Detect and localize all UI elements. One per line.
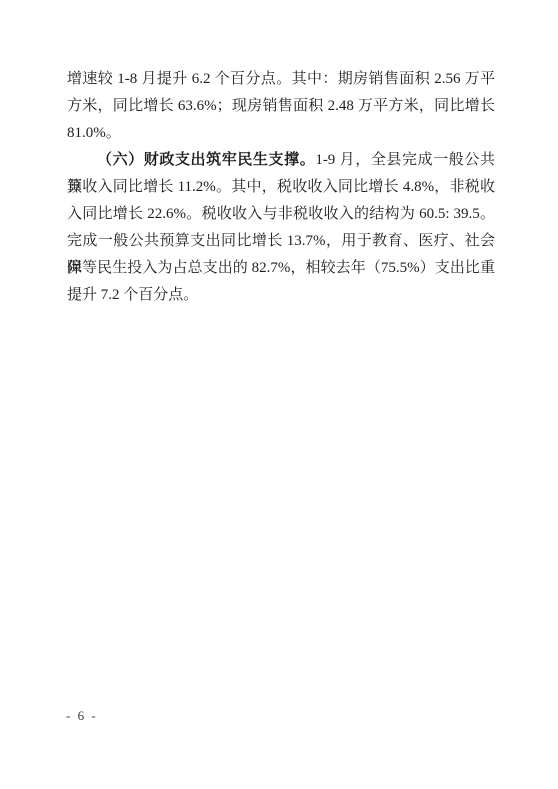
document-body-text: 增速较 1-8 月提升 6.2 个百分点。其中：期房销售面积 2.56 万平 方… [67,66,495,309]
paragraph-line: 算收入同比增长 11.2%。其中，税收收入同比增长 4.8%，非税收 [67,174,495,201]
paragraph-line: 增速较 1-8 月提升 6.2 个百分点。其中：期房销售面积 2.56 万平 [67,66,495,93]
paragraph-line: 方米，同比增长 63.6%；现房销售面积 2.48 万平方米，同比增长 [67,93,495,120]
paragraph-line: 提升 7.2 个百分点。 [67,282,495,309]
section-heading: （六）财政支出筑牢民生支撑。 [97,152,315,168]
document-page: 增速较 1-8 月提升 6.2 个百分点。其中：期房销售面积 2.56 万平 方… [0,0,558,789]
paragraph-line: 障等民生投入为占总支出的 82.7%，相较去年（75.5%）支出比重 [67,255,495,282]
paragraph-line: 入同比增长 22.6%。税收收入与非税收收入的结构为 60.5: 39.5。 [67,201,495,228]
paragraph-line: 完成一般公共预算支出同比增长 13.7%，用于教育、医疗、社会保 [67,228,495,255]
page-number: - 6 - [66,708,98,724]
paragraph-line: 81.0%。 [67,120,495,147]
paragraph-line: （六）财政支出筑牢民生支撑。1-9 月，全县完成一般公共预 [67,147,495,174]
